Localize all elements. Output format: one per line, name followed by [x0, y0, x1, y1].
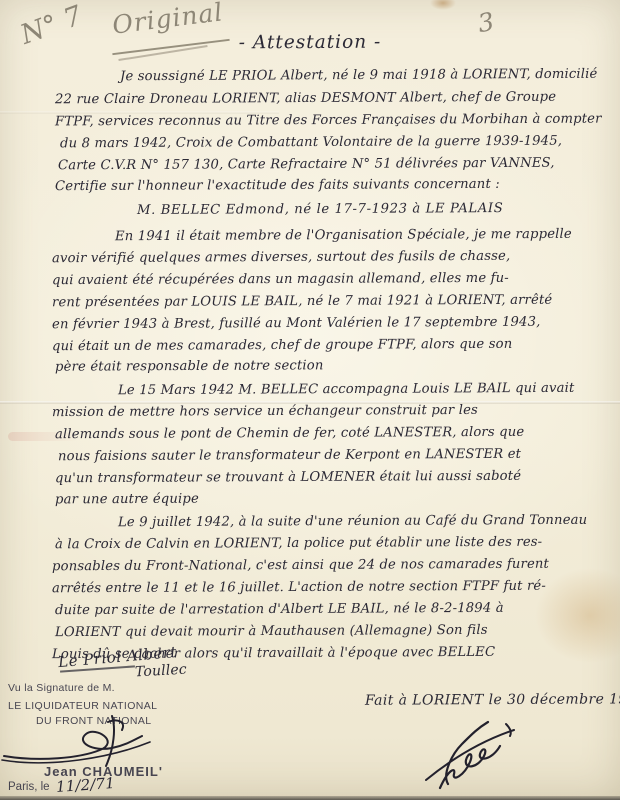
scan-edge	[0, 796, 620, 800]
doc-line: par une autre équipe	[55, 492, 199, 508]
doc-line: duite par suite de l'arrestation d'Alber…	[55, 601, 504, 618]
doc-line: à la Croix de Calvin en LORIENT, la poli…	[55, 535, 542, 553]
stamp-place-label: Paris, le	[8, 781, 50, 793]
stamp-title-line-1: LE LIQUIDATEUR NATIONAL	[8, 700, 157, 712]
attestation-title: - Attestation -	[0, 30, 620, 54]
stamp-vu-line: Vu la Signature de M.	[8, 682, 115, 694]
doc-line: Je soussigné LE PRIOL Albert, né le 9 ma…	[120, 67, 598, 84]
doc-line: 22 rue Claire Droneau LORIENT, alias DES…	[55, 90, 556, 108]
doc-line: FTPF, services reconnus au Titre des For…	[55, 112, 602, 130]
doc-line: qu'un transformateur se trouvant à LOMEN…	[55, 469, 521, 486]
doc-line: qui avaient été récupérées dans un magas…	[52, 271, 509, 288]
doc-line: allemands sous le pont de Chemin de fer,…	[55, 425, 524, 442]
paper-stain	[535, 568, 620, 663]
doc-line: avoir vérifié quelques armes diverses, s…	[52, 249, 510, 266]
doc-line: Le 15 Mars 1942 M. BELLEC accompagna Lou…	[118, 381, 575, 398]
subject-line: M. BELLEC Edmond, né le 17-7-1923 à LE P…	[137, 201, 503, 218]
doc-line: Le 9 juillet 1942, à la suite d'une réun…	[118, 513, 587, 530]
doc-line: mission de mettre hors service un échang…	[52, 403, 478, 420]
doc-line: nous faisions sauter le transformateur d…	[58, 447, 521, 464]
doc-line: père était responsable de notre section	[55, 358, 324, 374]
doc-line: LORIENT qui devait mourir à Mauthausen (…	[55, 623, 488, 640]
doc-line: arrêtés entre le 11 et le 16 juillet. L'…	[52, 579, 546, 597]
doc-line: qui était un de mes camarades, chef de g…	[52, 337, 512, 354]
doc-line: Carte C.V.R N° 157 130, Carte Refractair…	[58, 156, 555, 174]
signature-chaumeil	[0, 714, 180, 770]
overlay-signature-name-2: Toullec	[135, 662, 188, 681]
stamp-handwritten-date: 11/2/71	[55, 774, 115, 796]
doc-line: Certifie sur l'honneur l'exactitude des …	[55, 177, 500, 194]
doc-line: ponsables du Front-National, c'est ainsi…	[52, 557, 549, 575]
doc-line: du 8 mars 1942, Croix de Combattant Volo…	[60, 134, 562, 152]
document-page: N° 7 Original 3 - Attestation - Je souss…	[0, 0, 620, 800]
signature-le-priol	[418, 714, 528, 792]
doc-line: En 1941 il était membre de l'Organisatio…	[115, 227, 572, 244]
doc-line: rent présentées par LOUIS LE BAIL, né le…	[52, 293, 552, 311]
paper-stain	[430, 0, 456, 10]
place-date-line: Fait à LORIENT le 30 décembre 1970	[365, 691, 620, 708]
doc-line: en février 1943 à Brest, fusillé au Mont…	[52, 315, 541, 333]
